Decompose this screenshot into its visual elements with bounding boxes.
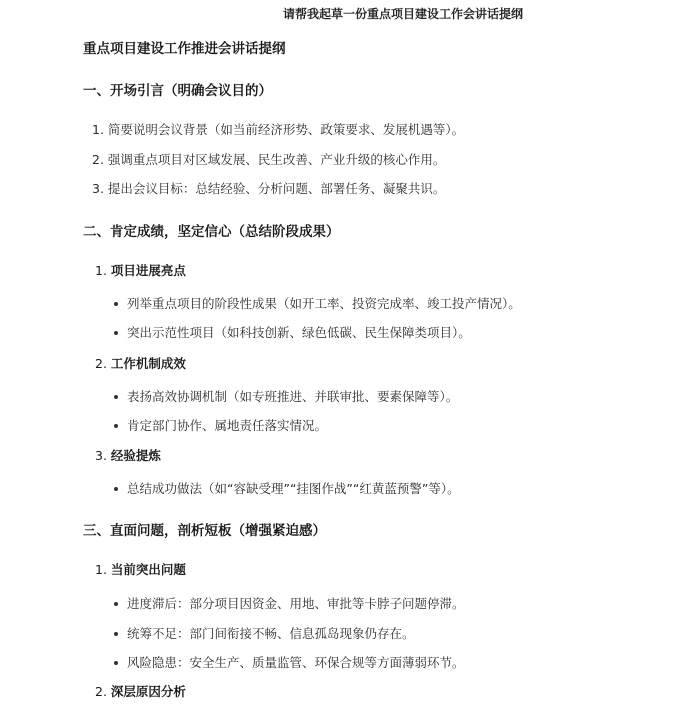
bullet-item: 进度滞后：部分项目因资金、用地、审批等卡脖子问题停滞。 [114, 594, 465, 612]
subsection-number: 2. [95, 356, 107, 371]
list-item: 3. 提出会议目标：总结经验、分析问题、部署任务、凝聚共识。 [92, 179, 445, 197]
subsection-heading: 3. 经验提炼 [95, 446, 161, 464]
subsection-title: 经验提炼 [111, 448, 161, 463]
subsection-title: 工作机制成效 [111, 356, 186, 371]
bullet-item: 总结成功做法（如“容缺受理”“挂图作战”“红黄蓝预警”等）。 [114, 479, 460, 497]
bullet-icon [114, 661, 118, 665]
bullet-icon [114, 632, 118, 636]
section-heading: 三、直面问题，剖析短板（增强紧迫感） [83, 519, 326, 539]
subsection-number: 3. [95, 448, 107, 463]
subsection-heading: 2. 工作机制成效 [95, 354, 186, 372]
subsection-title: 当前突出问题 [111, 562, 186, 577]
bullet-text: 肯定部门协作、属地责任落实情况。 [127, 418, 327, 433]
bullet-text: 总结成功做法（如“容缺受理”“挂图作战”“红黄蓝预警”等）。 [127, 481, 460, 496]
list-item: 1. 简要说明会议背景（如当前经济形势、政策要求、发展机遇等）。 [92, 120, 464, 138]
bullet-item: 表扬高效协调机制（如专班推进、并联审批、要素保障等）。 [114, 387, 458, 405]
bullet-text: 统筹不足：部门间衔接不畅、信息孤岛现象仍存在。 [127, 626, 415, 641]
user-prompt: 请帮我起草一份重点项目建设工作会讲话提纲 [283, 5, 523, 22]
subsection-heading: 1. 当前突出问题 [95, 560, 186, 578]
subsection-heading: 2. 深层原因分析 [95, 682, 186, 700]
bullet-text: 列举重点项目的阶段性成果（如开工率、投资完成率、竣工投产情况）。 [127, 296, 521, 311]
bullet-icon [114, 302, 118, 306]
bullet-item: 列举重点项目的阶段性成果（如开工率、投资完成率、竣工投产情况）。 [114, 294, 521, 312]
bullet-item: 突出示范性项目（如科技创新、绿色低碳、民生保障类项目）。 [114, 323, 471, 341]
subsection-number: 1. [95, 562, 107, 577]
bullet-text: 风险隐患：安全生产、质量监管、环保合规等方面薄弱环节。 [127, 655, 465, 670]
bullet-item: 统筹不足：部门间衔接不畅、信息孤岛现象仍存在。 [114, 624, 415, 642]
bullet-icon [114, 331, 118, 335]
bullet-item: 风险隐患：安全生产、质量监管、环保合规等方面薄弱环节。 [114, 653, 465, 671]
subsection-number: 2. [95, 684, 107, 699]
bullet-icon [114, 395, 118, 399]
section-heading: 二、肯定成绩，坚定信心（总结阶段成果） [83, 220, 340, 240]
subsection-heading: 1. 项目进展亮点 [95, 261, 186, 279]
bullet-item: 肯定部门协作、属地责任落实情况。 [114, 416, 327, 434]
list-item: 2. 强调重点项目对区域发展、民生改善、产业升级的核心作用。 [92, 150, 445, 168]
subsection-title: 深层原因分析 [111, 684, 186, 699]
bullet-text: 表扬高效协调机制（如专班推进、并联审批、要素保障等）。 [127, 389, 458, 404]
section-heading: 一、开场引言（明确会议目的） [83, 79, 272, 99]
bullet-text: 突出示范性项目（如科技创新、绿色低碳、民生保障类项目）。 [127, 325, 471, 340]
subsection-title: 项目进展亮点 [111, 263, 186, 278]
bullet-icon [114, 424, 118, 428]
subsection-number: 1. [95, 263, 107, 278]
bullet-icon [114, 602, 118, 606]
bullet-icon [114, 487, 118, 491]
bullet-text: 进度滞后：部分项目因资金、用地、审批等卡脖子问题停滞。 [127, 596, 465, 611]
document-title: 重点项目建设工作推进会讲话提纲 [83, 37, 286, 57]
